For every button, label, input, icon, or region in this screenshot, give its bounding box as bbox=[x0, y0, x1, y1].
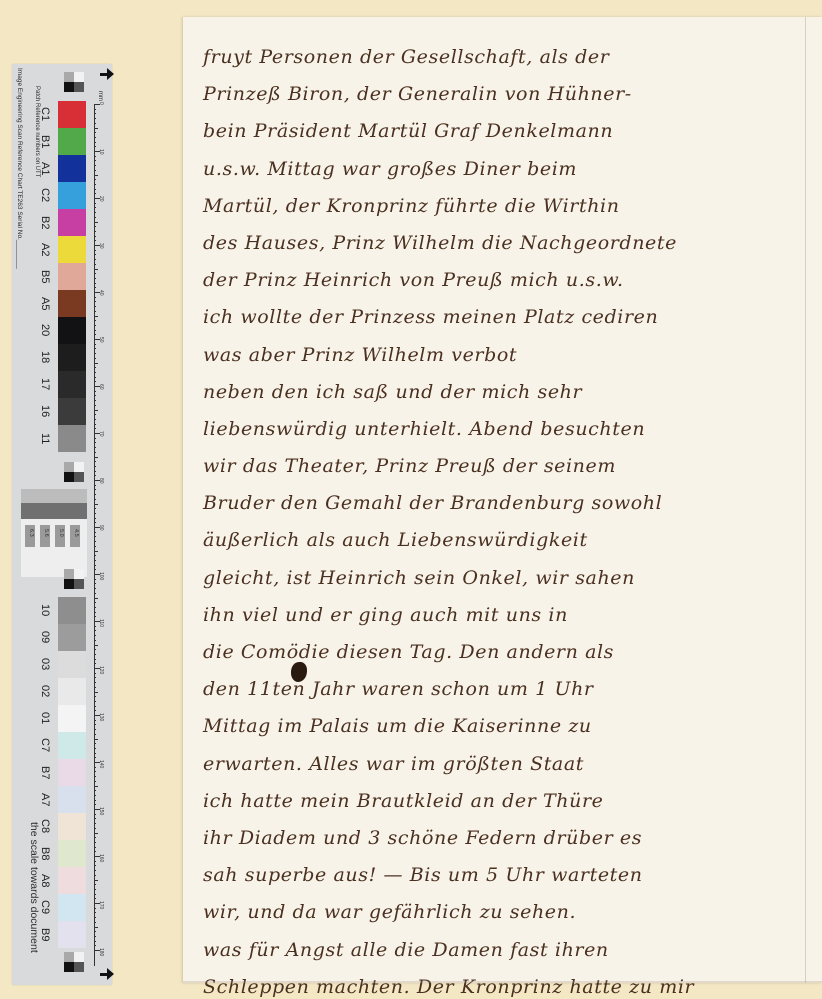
scale-note: the scale towards document bbox=[28, 822, 40, 953]
manuscript-page: fruyt Personen der Gesellschaft, als der… bbox=[183, 17, 822, 983]
manuscript-line: ihr Diadem und 3 schöne Federn drüber es bbox=[203, 820, 803, 857]
color-patch: A1 bbox=[58, 155, 86, 182]
patch-label: 11 bbox=[36, 425, 54, 452]
manuscript-line: fruyt Personen der Gesellschaft, als der bbox=[203, 39, 803, 76]
color-patch: 20 bbox=[58, 317, 86, 344]
color-patch: 09 bbox=[58, 624, 86, 651]
manuscript-line: Bruder den Gemahl der Brandenburg sowohl bbox=[203, 485, 803, 522]
ruler-label: 130 bbox=[98, 713, 104, 721]
patch-label: 18 bbox=[36, 344, 54, 371]
color-patch: C7 bbox=[58, 732, 86, 759]
manuscript-line: Schleppen machten. Der Kronprinz hatte z… bbox=[203, 969, 803, 999]
patch-label: 03 bbox=[36, 651, 54, 678]
manuscript-line: des Hauses, Prinz Wilhelm die Nachgeordn… bbox=[203, 225, 803, 262]
ruler-label: 170 bbox=[98, 901, 104, 909]
color-patch: 03 bbox=[58, 651, 86, 678]
color-patch: 11 bbox=[58, 425, 86, 452]
handwritten-text: fruyt Personen der Gesellschaft, als der… bbox=[203, 39, 803, 999]
manuscript-line: u.s.w. Mittag war großes Diner beim bbox=[203, 151, 803, 188]
manuscript-line: liebenswürdig unterhielt. Abend besuchte… bbox=[203, 411, 803, 448]
ruler-label: 40 bbox=[98, 290, 104, 296]
mm-unit-label: mm bbox=[97, 91, 103, 101]
ruler-label: 90 bbox=[98, 525, 104, 531]
gray-wedge-target: 6.35.65.04.5 bbox=[21, 489, 87, 577]
color-patch: C8 bbox=[58, 813, 86, 840]
arrow-right-icon bbox=[100, 968, 114, 980]
color-patch: 17 bbox=[58, 371, 86, 398]
patch-label: A5 bbox=[36, 290, 54, 317]
patch-label: 10 bbox=[36, 597, 54, 624]
manuscript-line: wir das Theater, Prinz Preuß der seinem bbox=[203, 448, 803, 485]
manuscript-line: ich wollte der Prinzess meinen Platz ced… bbox=[203, 299, 803, 336]
color-patch: B5 bbox=[58, 263, 86, 290]
manuscript-line: bein Präsident Martül Graf Denkelmann bbox=[203, 113, 803, 150]
manuscript-line: Martül, der Kronprinz führte die Wirthin bbox=[203, 188, 803, 225]
ruler-label: 50 bbox=[98, 337, 104, 343]
patch-label: A1 bbox=[36, 155, 54, 182]
color-patch: 02 bbox=[58, 678, 86, 705]
color-patch: C9 bbox=[58, 894, 86, 921]
manuscript-line: ihn viel und er ging auch mit uns in bbox=[203, 597, 803, 634]
color-patch: 16 bbox=[58, 398, 86, 425]
color-patch: A5 bbox=[58, 290, 86, 317]
patch-label: B1 bbox=[36, 128, 54, 155]
color-patch: A7 bbox=[58, 786, 86, 813]
color-patch: A2 bbox=[58, 236, 86, 263]
color-patch: B9 bbox=[58, 921, 86, 948]
patch-label: 20 bbox=[36, 317, 54, 344]
color-patch: C2 bbox=[58, 182, 86, 209]
patch-label: B2 bbox=[36, 209, 54, 236]
gray-bar-label: 5.6 bbox=[43, 529, 49, 537]
ruler-label: 180 bbox=[98, 948, 104, 956]
ruler-label: 110 bbox=[98, 619, 104, 627]
patch-label: A2 bbox=[36, 236, 54, 263]
manuscript-line: der Prinz Heinrich von Preuß mich u.s.w. bbox=[203, 262, 803, 299]
color-patch: 01 bbox=[58, 705, 86, 732]
ruler-label: 80 bbox=[98, 478, 104, 484]
patch-label: C1 bbox=[36, 101, 54, 128]
ruler-label: 20 bbox=[98, 196, 104, 202]
patch-label: 02 bbox=[36, 678, 54, 705]
gray-quad-swatch bbox=[64, 462, 84, 482]
patch-label: 16 bbox=[36, 398, 54, 425]
arrow-right-icon bbox=[100, 68, 114, 80]
ruler-label: 30 bbox=[98, 243, 104, 249]
color-patch: B8 bbox=[58, 840, 86, 867]
color-patch: 18 bbox=[58, 344, 86, 371]
manuscript-line: was aber Prinz Wilhelm verbot bbox=[203, 337, 803, 374]
ruler-label: 100 bbox=[98, 572, 104, 580]
manuscript-line: gleicht, ist Heinrich sein Onkel, wir sa… bbox=[203, 560, 803, 597]
manuscript-line: sah superbe aus! — Bis um 5 Uhr warteten bbox=[203, 857, 803, 894]
gray-bar-label: 6.3 bbox=[28, 529, 34, 537]
light-patches: 1009030201C7B7A7C8B8A8C9B9 bbox=[58, 597, 86, 948]
color-patch: B1 bbox=[58, 128, 86, 155]
manuscript-line: was für Angst alle die Damen fast ihren bbox=[203, 932, 803, 969]
patch-label: C2 bbox=[36, 182, 54, 209]
color-patches: C1B1A1C2B2A2B5A52018171611 bbox=[58, 101, 86, 452]
patch-label: 09 bbox=[36, 624, 54, 651]
manuscript-line: erwarten. Alles war im größten Staat bbox=[203, 746, 803, 783]
chart-maker-text: Image Engineering Scan Reference Chart T… bbox=[16, 68, 23, 269]
color-patch: C1 bbox=[58, 101, 86, 128]
patch-label: 01 bbox=[36, 705, 54, 732]
gray-quad-swatch bbox=[64, 72, 84, 92]
ruler-label: 120 bbox=[98, 666, 104, 674]
gray-bar-label: 5.0 bbox=[58, 529, 64, 537]
ruler-label: 10 bbox=[98, 149, 104, 155]
patch-label: C7 bbox=[36, 732, 54, 759]
patch-label: 17 bbox=[36, 371, 54, 398]
manuscript-line: Mittag im Palais um die Kaiserinne zu bbox=[203, 708, 803, 745]
ruler-label: 160 bbox=[98, 854, 104, 862]
ruler-label: 70 bbox=[98, 431, 104, 437]
manuscript-line: neben den ich saß und der mich sehr bbox=[203, 374, 803, 411]
color-reference-chart: Image Engineering Scan Reference Chart T… bbox=[12, 64, 112, 985]
color-patch: 10 bbox=[58, 597, 86, 624]
ruler: 0102030405060708090100110120130140150160… bbox=[92, 104, 110, 966]
gray-bar-label: 4.5 bbox=[73, 529, 79, 537]
color-patch: B7 bbox=[58, 759, 86, 786]
ruler-label: 140 bbox=[98, 760, 104, 768]
patch-label: A7 bbox=[36, 786, 54, 813]
color-patch: A8 bbox=[58, 867, 86, 894]
patch-label: B5 bbox=[36, 263, 54, 290]
gray-quad-swatch bbox=[64, 569, 84, 589]
manuscript-line: wir, und da war gefährlich zu sehen. bbox=[203, 894, 803, 931]
color-patch: B2 bbox=[58, 209, 86, 236]
manuscript-line: ich hatte mein Brautkleid an der Thüre bbox=[203, 783, 803, 820]
gray-quad-swatch bbox=[64, 952, 84, 972]
page-fold bbox=[805, 17, 806, 983]
manuscript-line: äußerlich als auch Liebenswürdigkeit bbox=[203, 522, 803, 559]
ruler-label: 150 bbox=[98, 807, 104, 815]
manuscript-line: Prinzeß Biron, der Generalin von Hühner- bbox=[203, 76, 803, 113]
patch-label: B7 bbox=[36, 759, 54, 786]
ruler-label: 60 bbox=[98, 384, 104, 390]
ruler-label: 0 bbox=[98, 102, 104, 105]
